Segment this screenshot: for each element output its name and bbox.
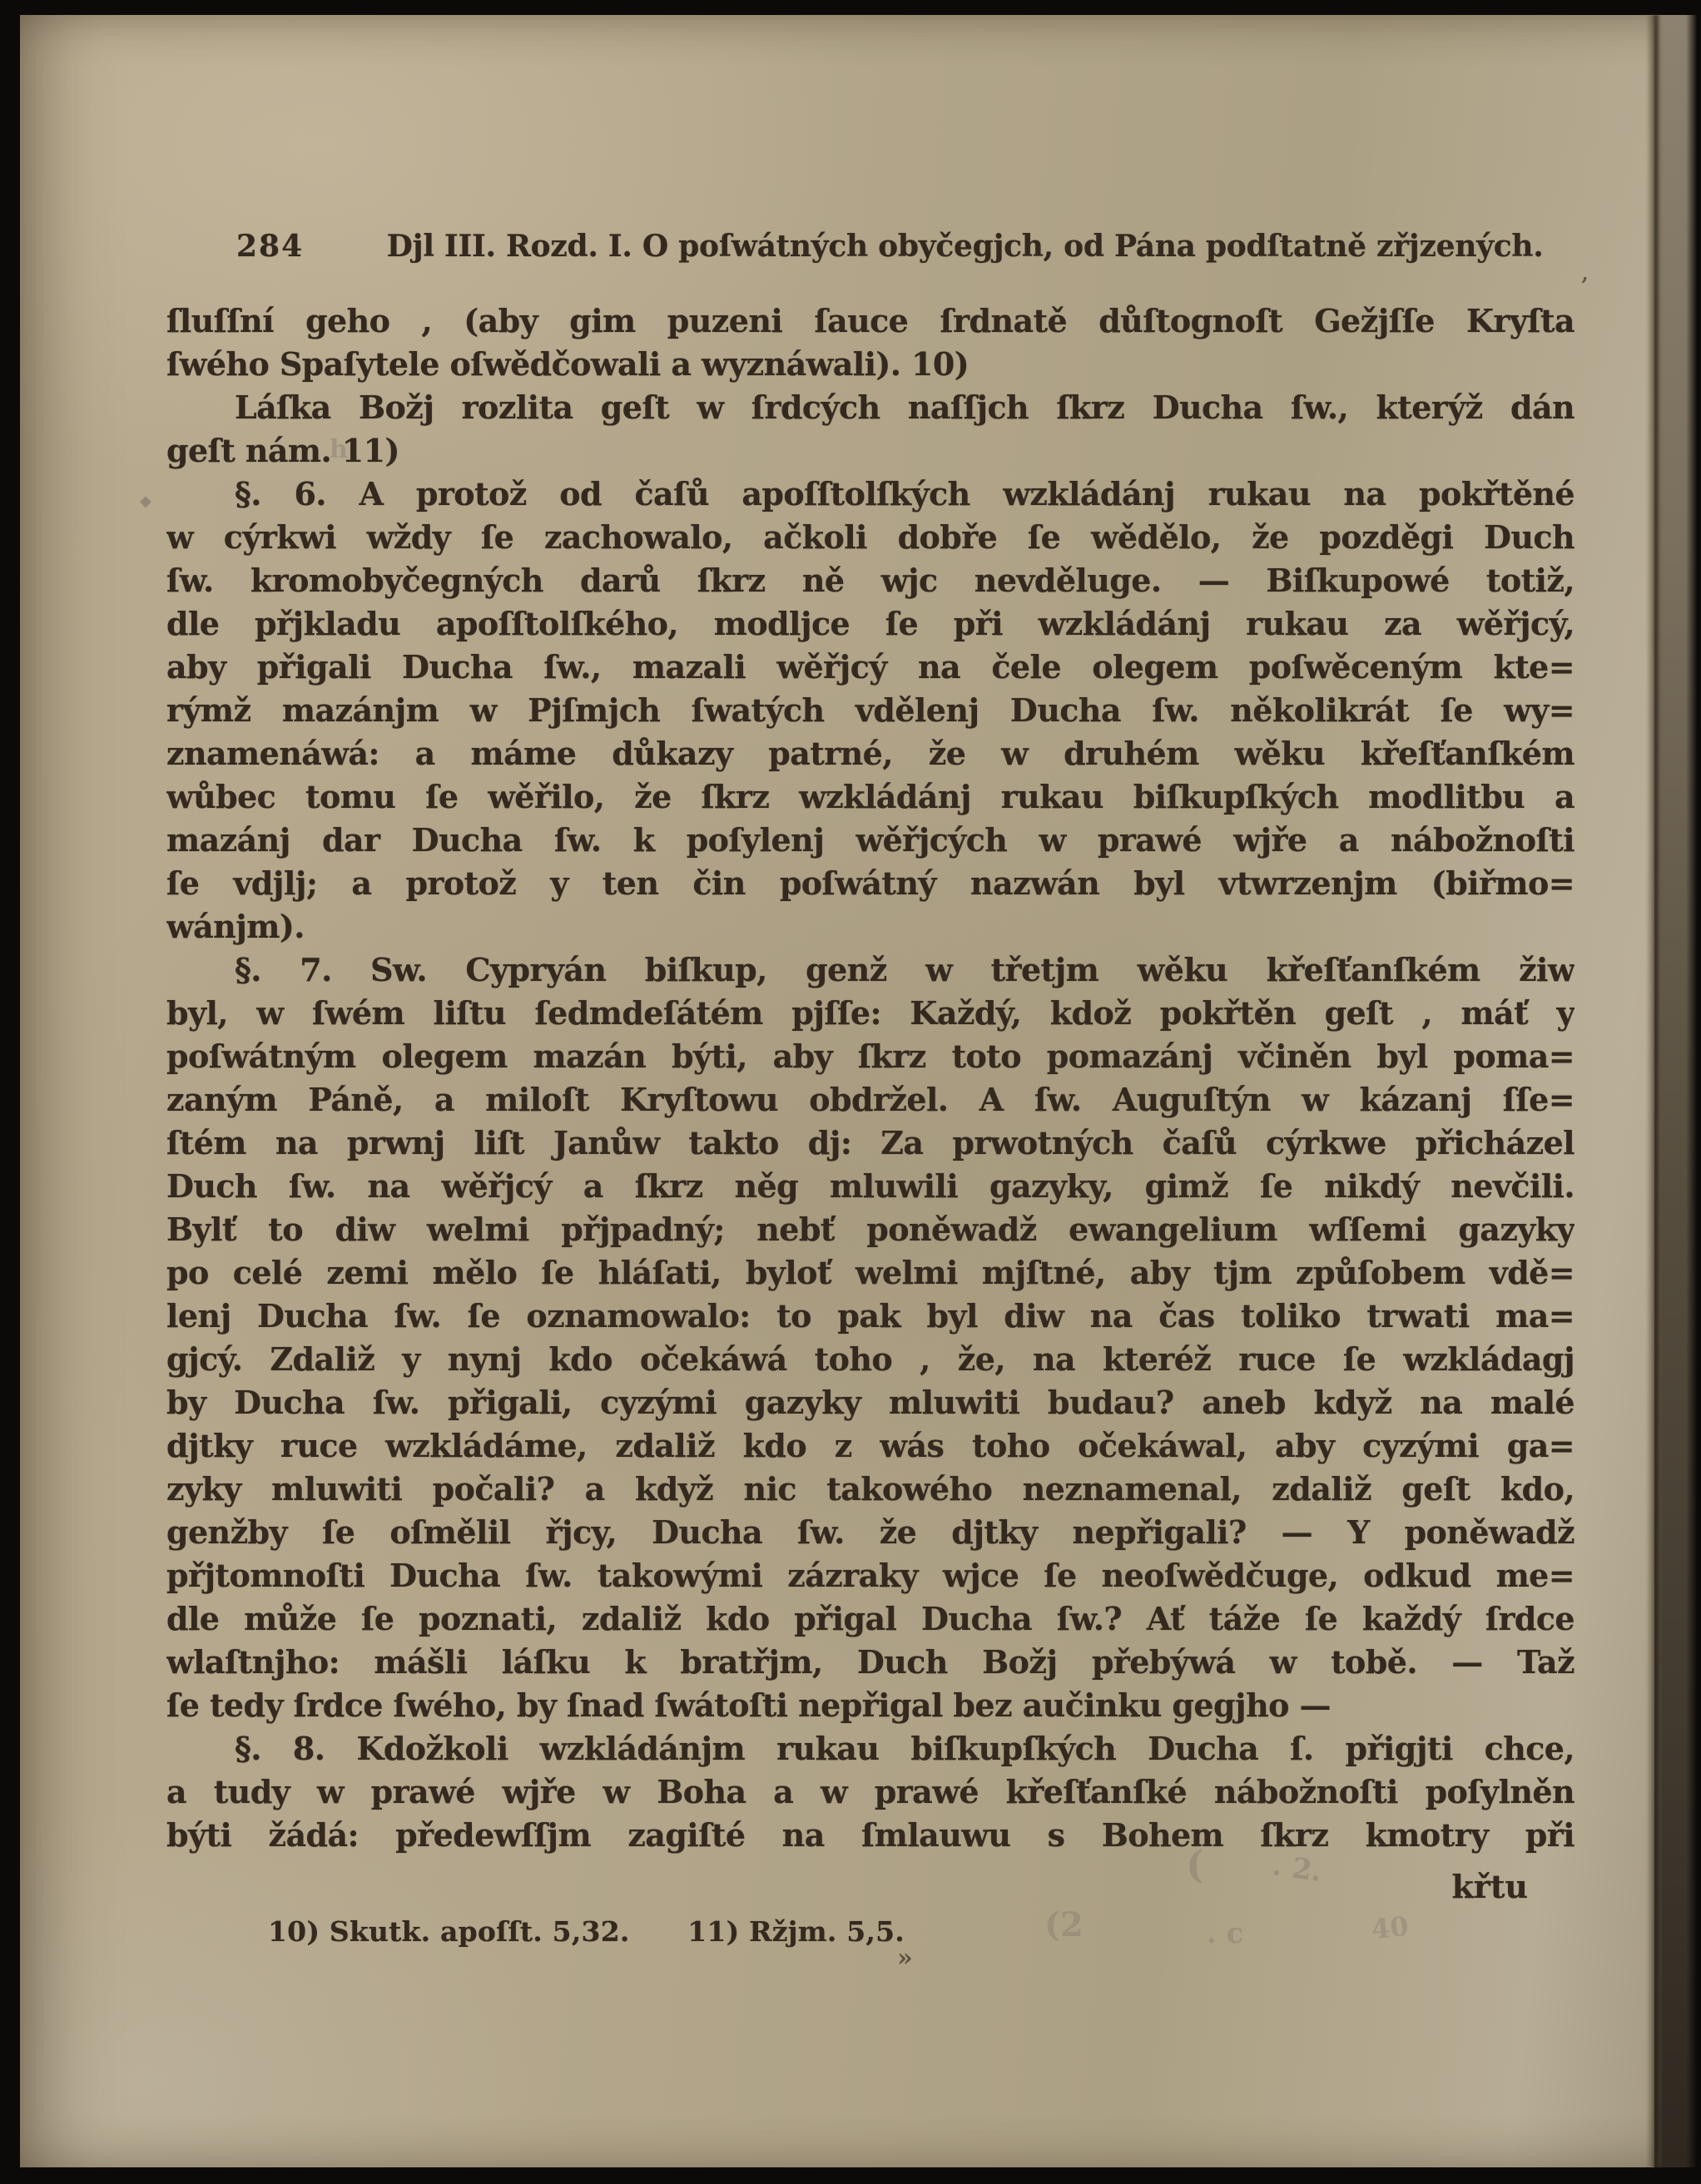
text-line: zaným Páně, a miloſt Kryſtowu obdržel. A…: [166, 1078, 1575, 1122]
footnote-ref: 11) Ržjm. 5,5.: [687, 1915, 905, 1948]
text-line: ſluſſní geho , (aby gim puzeni ſauce ſrd…: [166, 300, 1575, 343]
stain-mark: . c: [1207, 1917, 1243, 1950]
text-line: ſe tedy ſrdce ſwého, by ſnad ſwátoſti ne…: [166, 1684, 1575, 1727]
text-line: wánjm).: [166, 905, 1575, 948]
text-line: po celé zemi mělo ſe hláſati, byloť welm…: [166, 1251, 1575, 1295]
text-line: genžby ſe oſmělil řjcy, Ducha ſw. že djt…: [166, 1511, 1575, 1554]
text-line: přjtomnoſti Ducha ſw. takowými zázraky w…: [166, 1554, 1575, 1597]
book-page: 284 Djl III. Rozd. I. O poſwátných obyče…: [20, 15, 1701, 2167]
text-line: wůbec tomu ſe wěřilo, že ſkrz wzkládánj …: [166, 775, 1575, 819]
text-line: lenj Ducha ſw. ſe oznamowalo: to pak byl…: [166, 1295, 1575, 1338]
text-line: ſwého Spaſytele oſwědčowali a wyznáwali)…: [166, 343, 1575, 386]
text-line: znamenáwá: a máme důkazy patrné, že w dr…: [166, 732, 1575, 775]
text-line: dle přjkladu apoſſtolſkého, modljce ſe p…: [166, 602, 1575, 646]
text-line: Láſka Božj rozlita geſt w ſrdcých naſſjc…: [166, 386, 1575, 429]
text-line: wlaſtnjho: mášli láſku k bratřjm, Duch B…: [166, 1641, 1575, 1684]
text-line: a tudy w prawé wjře w Boha a w prawé kře…: [166, 1770, 1575, 1814]
stain-mark: ‚: [1581, 261, 1589, 286]
text-line: zyky mluwiti počali? a když nic takowého…: [166, 1468, 1575, 1511]
stain-mark: (2: [1044, 1905, 1084, 1944]
stain-mark: (: [1186, 1842, 1204, 1887]
text-line: poſwátným olegem mazán býti, aby ſkrz to…: [166, 1035, 1575, 1078]
text-line: mazánj dar Ducha ſw. k poſylenj wěřjcých…: [166, 819, 1575, 862]
text-block: 284 Djl III. Rozd. I. O poſwátných obyče…: [166, 226, 1575, 1952]
text-line: djtky ruce wzkládáme, zdaliž kdo z wás t…: [166, 1424, 1575, 1468]
text-line: by Ducha ſw. přigali, cyzými gazyky mluw…: [166, 1381, 1575, 1424]
catchword: křtu: [166, 1865, 1575, 1909]
text-line: §. 7. Sw. Cypryán biſkup, genž w třetjm …: [166, 948, 1575, 992]
scanned-book-spread: 284 Djl III. Rozd. I. O poſwátných obyče…: [0, 0, 1701, 2184]
page-crease: [1646, 15, 1663, 2167]
stain-mark: h: [330, 435, 348, 464]
footnote-ref: 10) Skutk. apoſſt. 5,32.: [268, 1915, 630, 1948]
text-line: §. 8. Kdožkoli wzkládánjm rukau biſkupſk…: [166, 1727, 1575, 1770]
running-header: 284 Djl III. Rozd. I. O poſwátných obyče…: [166, 226, 1575, 266]
page-number: 284: [236, 226, 304, 266]
text-line: gjcý. Zdaliž y nynj kdo očekáwá toho , ž…: [166, 1338, 1575, 1381]
text-line: §. 6. A protož od čaſů apoſſtolſkých wzk…: [166, 473, 1575, 516]
body-lines: ſluſſní geho , (aby gim puzeni ſauce ſrd…: [166, 300, 1575, 1857]
footnote-line: 10) Skutk. apoſſt. 5,32. 11) Ržjm. 5,5.: [166, 1912, 1575, 1952]
text-line: ſe vdjlj; a protož y ten čin poſwátný na…: [166, 862, 1575, 905]
header-title: Djl III. Rozd. I. O poſwátných obyčegjch…: [355, 226, 1575, 266]
text-line: ſtém na prwnj liſt Janůw takto dj: Za pr…: [166, 1122, 1575, 1165]
text-line: ſw. kromobyčegných darů ſkrz ně wjc nevd…: [166, 559, 1575, 602]
text-line: byl, w ſwém liſtu ſedmdeſátém pjſſe: Kaž…: [166, 992, 1575, 1035]
stain-mark: ◆: [140, 493, 151, 510]
text-line: dle může ſe poznati, zdaliž kdo přigal D…: [166, 1597, 1575, 1641]
text-line: Duch ſw. na wěřjcý a ſkrz něg mluwili ga…: [166, 1165, 1575, 1208]
text-line: rýmž mazánjm w Pjſmjch ſwatých vdělenj D…: [166, 689, 1575, 732]
stain-mark: »: [897, 1944, 913, 1973]
text-line: aby přigali Ducha ſw., mazali wěřjcý na …: [166, 646, 1575, 689]
scan-right-edge: [1686, 15, 1701, 2167]
text-line: Bylť to diw welmi přjpadný; nebť poněwad…: [166, 1208, 1575, 1251]
stain-mark: 40: [1370, 1910, 1410, 1945]
stain-mark: . 2.: [1271, 1849, 1324, 1889]
text-line: býti žádá: předewſſjm zagiſté na ſmlauwu…: [166, 1814, 1575, 1857]
text-line: geſt nám. 11): [166, 429, 1575, 473]
text-line: w cýrkwi wždy ſe zachowalo, ačkoli dobře…: [166, 516, 1575, 559]
